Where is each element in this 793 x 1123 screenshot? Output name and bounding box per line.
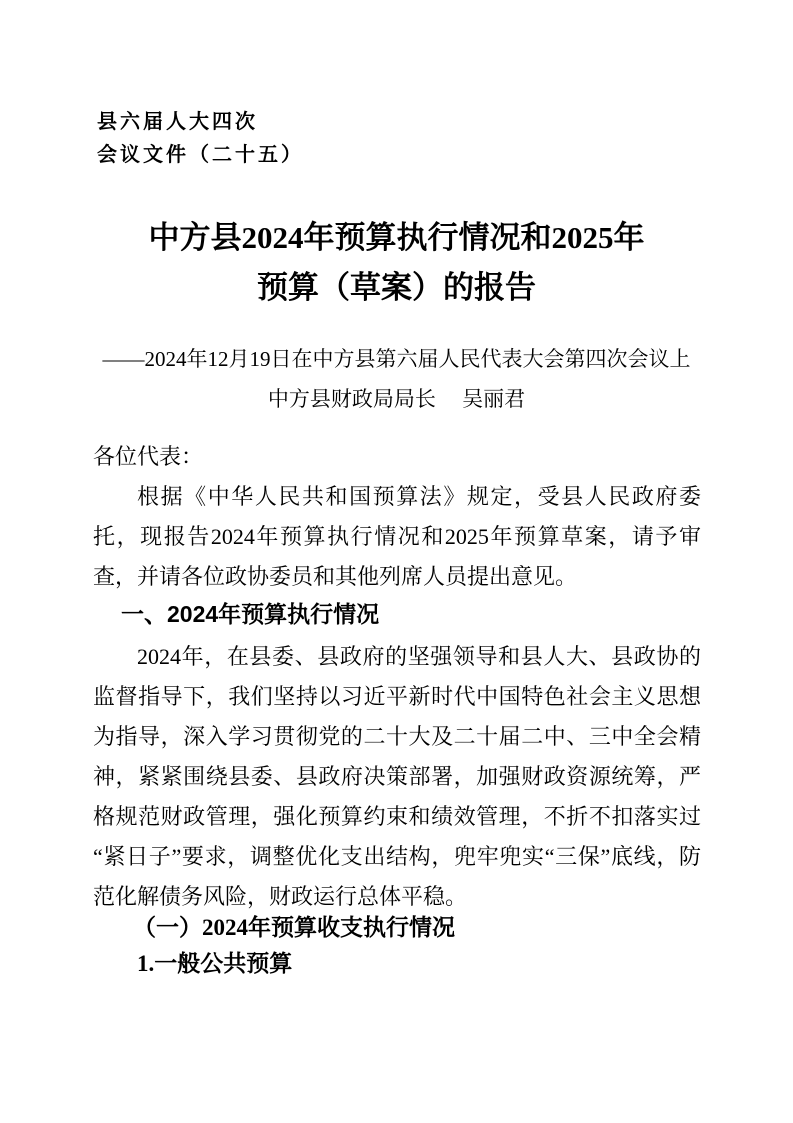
corner-header: 县六届人大四次 会议文件（二十五） <box>97 106 304 172</box>
document-title-line2: 预算（草案）的报告 <box>0 263 793 313</box>
corner-header-line1: 县六届人大四次 <box>97 106 304 139</box>
paragraph-overview: 2024年，在县委、县政府的坚强领导和县人大、县政协的监督指导下，我们坚持以习近… <box>93 637 701 917</box>
subsection-heading-general-public-budget: 1.一般公共预算 <box>93 944 701 984</box>
document-title-line1: 中方县2024年预算执行情况和2025年 <box>0 213 793 263</box>
document-title: 中方县2024年预算执行情况和2025年 预算（草案）的报告 <box>0 213 793 313</box>
paragraph-intro: 根据《中华人民共和国预算法》规定，受县人民政府委托，现报告2024年预算执行情况… <box>93 477 701 597</box>
salutation: 各位代表： <box>93 437 701 477</box>
subtitle-occasion: ——2024年12月19日在中方县第六届人民代表大会第四次会议上 <box>0 344 793 374</box>
corner-header-line2: 会议文件（二十五） <box>97 139 304 172</box>
document-page: 县六届人大四次 会议文件（二十五） 中方县2024年预算执行情况和2025年 预… <box>0 0 793 1123</box>
section-heading-2024-budget-execution: 一、2024年预算执行情况 <box>93 594 701 634</box>
subsection-heading-revenue-expenditure: （一）2024年预算收支执行情况 <box>93 908 701 948</box>
subtitle-speaker: 中方县财政局局长 吴丽君 <box>0 384 793 414</box>
